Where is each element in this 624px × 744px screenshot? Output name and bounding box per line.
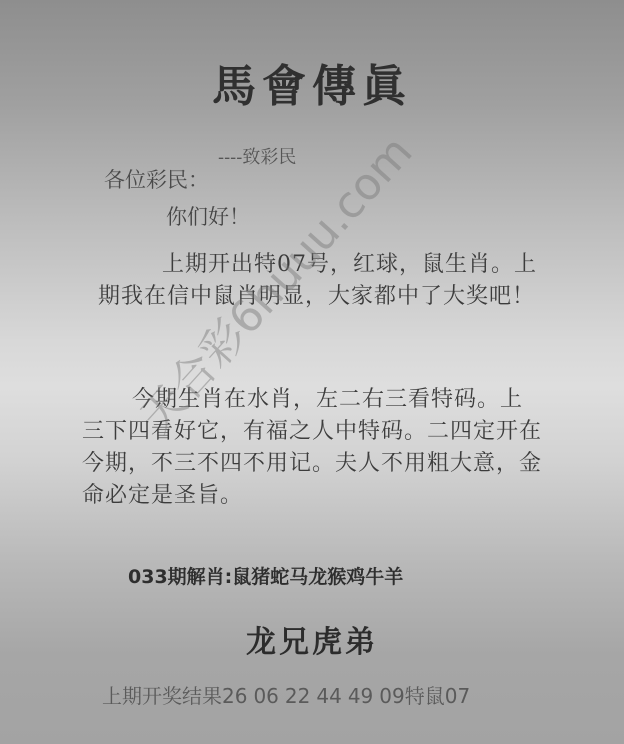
result-number: 49 (348, 684, 373, 708)
result-number: 22 (285, 684, 310, 708)
paragraph-text: 上期开出特07号，红球，鼠生肖。上期我在信中鼠肖明显，大家都中了大奖吧！ (98, 252, 537, 309)
fax-document: 馬會傳眞 ----致彩民 各位彩民： 你们好！ 上期开出特07号，红球，鼠生肖。… (0, 0, 624, 744)
result-number: 44 (316, 684, 341, 708)
paragraph-text: 今期生肖在水肖，左二右三看特码。上三下四看好它，有福之人中特码。二四定开在今期，… (82, 387, 542, 508)
salutation: 各位彩民： (104, 164, 209, 194)
paragraph-last-issue: 上期开出特07号，红球，鼠生肖。上期我在信中鼠肖明显，大家都中了大奖吧！ (98, 249, 538, 313)
motto: 龙兄虎弟 (0, 617, 624, 661)
last-result-label: 上期开奖结果 (102, 684, 222, 708)
paragraph-this-issue: 今期生肖在水肖，左二右三看特码。上三下四看好它，有福之人中特码。二四定开在今期，… (82, 384, 542, 512)
page-title: 馬會傳眞 (0, 50, 624, 114)
last-result: 上期开奖结果260622444909特鼠07 (102, 680, 470, 709)
result-number: 06 (253, 684, 278, 708)
greeting: 你们好！ (166, 201, 250, 231)
addressed-to: ----致彩民 (218, 143, 296, 169)
result-number: 26 (222, 684, 247, 708)
zodiac-line: 033期解肖:鼠猪蛇马龙猴鸡牛羊 (128, 562, 403, 589)
special-number: 07 (445, 684, 470, 708)
special-label: 特鼠 (405, 684, 445, 708)
result-number: 09 (379, 684, 404, 708)
